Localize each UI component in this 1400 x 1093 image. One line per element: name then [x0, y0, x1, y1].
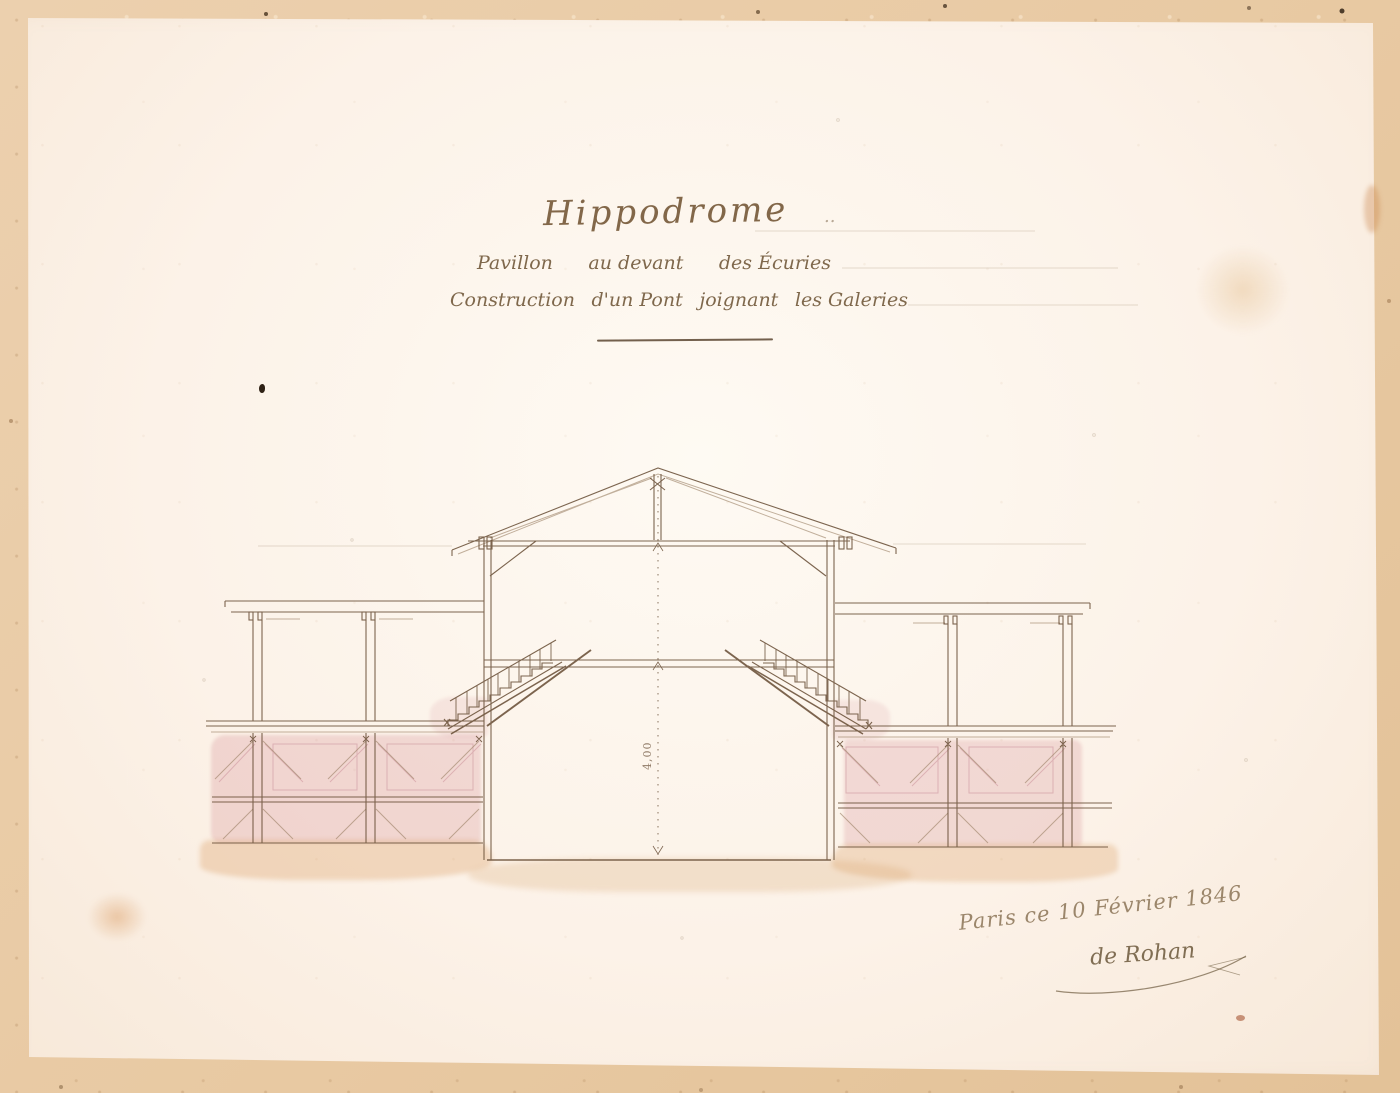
subtitle1-word-2: au devant [588, 252, 683, 274]
dimension-label: 4,00 [641, 742, 654, 771]
subtitle2-word-2: d'un Pont [592, 289, 683, 311]
subtitle-line-1: Pavillon au devant des Écuries [477, 252, 831, 274]
subtitle2-word-3: joignant [699, 289, 778, 311]
subtitle-line-2: Construction d'un Pont joignant les Gale… [450, 289, 908, 311]
subtitle2-word-4: les Galeries [795, 289, 908, 311]
central-pavilion [484, 540, 834, 860]
title-ink-dots: .. [824, 206, 835, 227]
section-drawing: 4,00 [0, 0, 1400, 1093]
photograph-of-drawing: { "artwork": { "title": "Hippodrome", "t… [0, 0, 1400, 1093]
right-gallery [835, 603, 1116, 847]
left-stair [444, 640, 591, 734]
subtitle1-word-1: Pavillon [477, 252, 553, 274]
subtitle1-word-3: des Écuries [719, 252, 831, 274]
left-gallery [206, 601, 484, 843]
subtitle2-word-1: Construction [450, 289, 575, 311]
primary-ink-lines: 4,00 [206, 468, 1116, 860]
right-stair [725, 640, 872, 734]
roof-truss [452, 468, 896, 576]
drawing-title: Hippodrome [543, 190, 789, 234]
